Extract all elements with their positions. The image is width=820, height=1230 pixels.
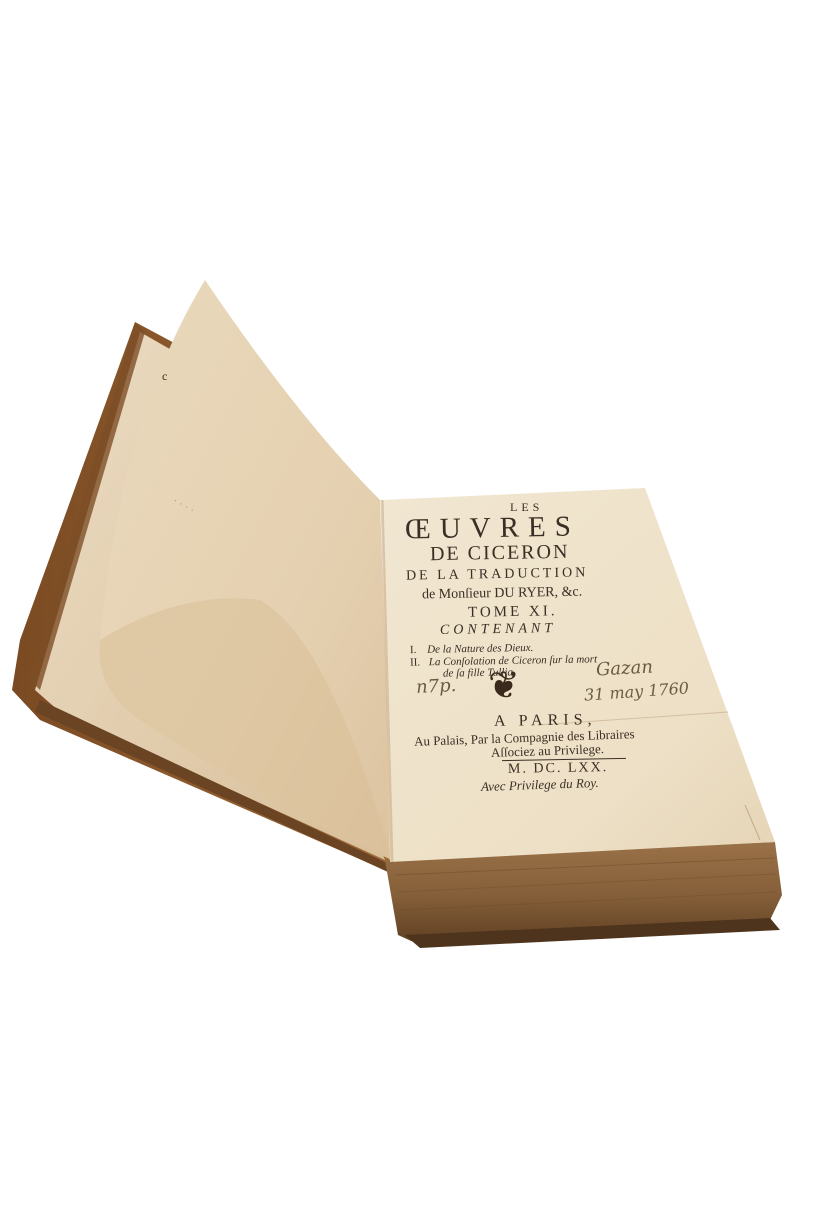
title-page-paper: [382, 488, 775, 862]
book-illustration: [0, 0, 820, 1230]
book-photo: c LES ŒUVRES DE CICERON DE LA TRADUCTION…: [0, 0, 820, 1230]
